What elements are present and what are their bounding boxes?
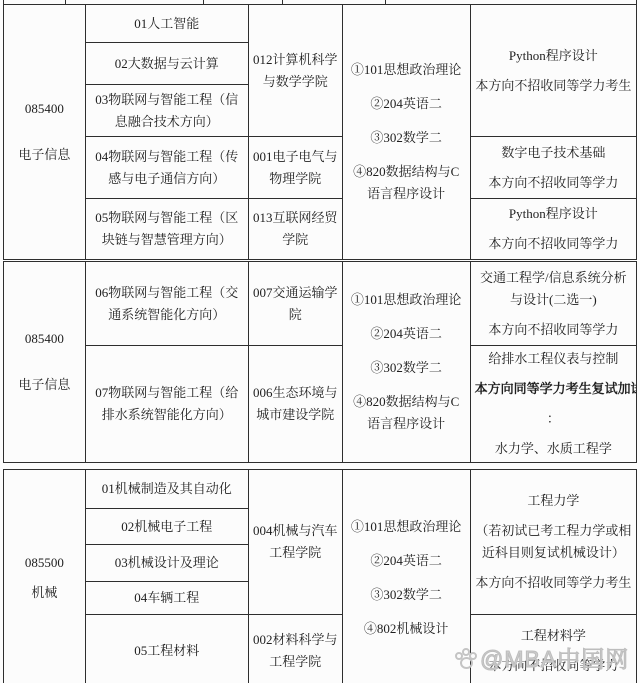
retest-subjects-cell: Python程序设计 本方向不招收同等学力考生 <box>470 5 636 137</box>
direction-text: 05物联网与智能工程（区块链与智慧管理方向） <box>90 207 244 251</box>
retest-note: 本方向不招收同等学力 <box>475 655 632 677</box>
college-cell: 004机械与汽车工程学院 <box>248 470 342 615</box>
retest-subject: Python程序设计 <box>475 203 632 225</box>
retest-subjects-cell: 交通工程学/信息系统分析与设计(二选一) 本方向不招收同等学力 <box>470 262 636 346</box>
admissions-table-section-1: 085400 电子信息 01人工智能 012计算机科学与数学学院 ①101思想政… <box>3 4 637 260</box>
direction-text: 03物联网与智能工程（信息融合技术方向） <box>90 89 244 133</box>
retest-subject: 工程材料学 <box>475 625 632 647</box>
exam-subject-2: ②204英语二 <box>347 93 466 115</box>
direction-cell: 01人工智能 <box>85 5 248 43</box>
retest-subjects-cell: 数字电子技术基础 本方向不招收同等学力 <box>470 137 636 199</box>
program-code: 085400 <box>8 328 81 350</box>
exam-subject-1: ①101思想政治理论 <box>347 289 466 311</box>
exam-subject-3: ③302数学二 <box>347 357 466 379</box>
direction-cell: 07物联网与智能工程（给排水系统智能化方向） <box>85 346 248 463</box>
direction-text: 05工程材料 <box>90 640 244 662</box>
retest-subject: Python程序设计 <box>475 45 632 67</box>
exam-subjects-cell: ①101思想政治理论 ②204英语二 ③302数学二 ④802机械设计 <box>342 470 470 683</box>
retest-subject: 工程力学 <box>475 490 632 512</box>
direction-text: 02大数据与云计算 <box>90 53 244 75</box>
direction-text: 01人工智能 <box>90 13 244 35</box>
direction-text: 02机械电子工程 <box>90 516 244 538</box>
exam-subject-3: ③302数学二 <box>347 584 466 606</box>
exam-subject-4: ④802机械设计 <box>347 618 466 640</box>
exam-subject-3: ③302数学二 <box>347 127 466 149</box>
college-cell: 013互联网经贸学院 <box>248 199 342 260</box>
direction-cell: 02机械电子工程 <box>85 509 248 545</box>
retest-subject: 数字电子技术基础 <box>475 142 632 164</box>
retest-note: 本方向不招收同等学力考生 <box>475 75 632 97</box>
direction-text: 04物联网与智能工程（传感与电子通信方向） <box>90 146 244 190</box>
direction-cell: 05工程材料 <box>85 615 248 683</box>
program-name: 电子信息 <box>8 374 81 396</box>
direction-text: 03机械设计及理论 <box>90 552 244 574</box>
college-text: 007交通运输学院 <box>253 282 338 326</box>
retest-subject: 交通工程学/信息系统分析与设计(二选一) <box>475 267 632 311</box>
program-name: 机械 <box>8 582 81 604</box>
exam-subject-1: ①101思想政治理论 <box>347 516 466 538</box>
direction-cell: 04车辆工程 <box>85 582 248 615</box>
direction-text: 07物联网与智能工程（给排水系统智能化方向） <box>90 382 244 426</box>
admissions-table-section-2: 085400 电子信息 06物联网与智能工程（交通系统智能化方向） 007交通运… <box>3 261 637 463</box>
college-text: 004机械与汽车工程学院 <box>253 520 338 564</box>
college-cell: 007交通运输学院 <box>248 262 342 346</box>
college-cell: 012计算机科学与数学学院 <box>248 5 342 137</box>
direction-text: 01机械制造及其自动化 <box>90 478 244 500</box>
direction-text: 06物联网与智能工程（交通系统智能化方向） <box>90 282 244 326</box>
retest-addon-subjects: 水力学、水质工程学 <box>475 438 632 460</box>
retest-subjects-cell: 给排水工程仪表与控制 本方向同等学力考生复试加试 ： 水力学、水质工程学 <box>470 346 636 463</box>
exam-subject-4: ④820数据结构与C语言程序设计 <box>347 391 466 435</box>
direction-cell: 01机械制造及其自动化 <box>85 470 248 509</box>
admissions-table-section-3: 085500 机械 01机械制造及其自动化 004机械与汽车工程学院 ①101思… <box>3 469 637 683</box>
retest-subjects-cell: Python程序设计 本方向不招收同等学力 <box>470 199 636 260</box>
previous-row-edge <box>0 0 640 4</box>
college-text: 013互联网经贸学院 <box>253 207 338 251</box>
college-cell: 002材料科学与工程学院 <box>248 615 342 683</box>
retest-note: 本方向不招收同等学力 <box>475 319 632 341</box>
exam-subjects-cell: ①101思想政治理论 ②204英语二 ③302数学二 ④820数据结构与C语言程… <box>342 5 470 260</box>
retest-subject: 给排水工程仪表与控制 <box>475 348 632 370</box>
exam-subject-2: ②204英语二 <box>347 550 466 572</box>
exam-subject-4: ④820数据结构与C语言程序设计 <box>347 161 466 205</box>
direction-cell: 05物联网与智能工程（区块链与智慧管理方向） <box>85 199 248 260</box>
program-cell: 085500 机械 <box>4 470 86 683</box>
college-text: 006生态环境与城市建设学院 <box>253 382 338 426</box>
exam-subjects-cell: ①101思想政治理论 ②204英语二 ③302数学二 ④820数据结构与C语言程… <box>342 262 470 463</box>
direction-cell: 02大数据与云计算 <box>85 43 248 85</box>
exam-subject-2: ②204英语二 <box>347 323 466 345</box>
retest-addon-note: 本方向同等学力考生复试加试 <box>475 378 632 400</box>
college-cell: 001电子电气与物理学院 <box>248 137 342 199</box>
retest-note: 本方向不招收同等学力 <box>475 172 632 194</box>
program-code: 085400 <box>8 98 81 120</box>
direction-cell: 03机械设计及理论 <box>85 545 248 582</box>
retest-colon: ： <box>475 408 632 430</box>
college-text: 002材料科学与工程学院 <box>253 629 338 673</box>
direction-cell: 04物联网与智能工程（传感与电子通信方向） <box>85 137 248 199</box>
retest-subjects-cell: 工程材料学 本方向不招收同等学力 <box>470 615 636 683</box>
direction-text: 04车辆工程 <box>90 587 244 609</box>
program-cell: 085400 电子信息 <box>4 262 86 463</box>
program-code: 085500 <box>8 552 81 574</box>
college-text: 012计算机科学与数学学院 <box>253 49 338 93</box>
direction-cell: 03物联网与智能工程（信息融合技术方向） <box>85 85 248 137</box>
college-text: 001电子电气与物理学院 <box>253 146 338 190</box>
retest-condition: （若初试已考工程力学或相近科目则复试机械设计） <box>475 520 632 564</box>
retest-note: 本方向不招收同等学力 <box>475 233 632 255</box>
exam-subject-1: ①101思想政治理论 <box>347 59 466 81</box>
retest-note: 本方向不招收同等学力考生 <box>475 572 632 594</box>
program-name: 电子信息 <box>8 144 81 166</box>
retest-subjects-cell: 工程力学 （若初试已考工程力学或相近科目则复试机械设计） 本方向不招收同等学力考… <box>470 470 636 615</box>
direction-cell: 06物联网与智能工程（交通系统智能化方向） <box>85 262 248 346</box>
college-cell: 006生态环境与城市建设学院 <box>248 346 342 463</box>
program-cell: 085400 电子信息 <box>4 5 86 260</box>
